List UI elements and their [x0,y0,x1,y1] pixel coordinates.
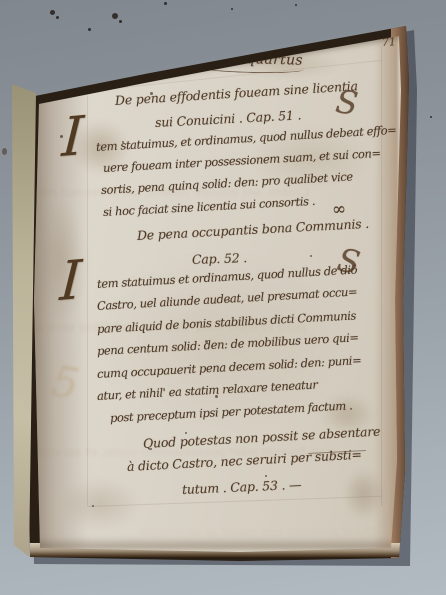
chapter51-initial: I [61,114,85,159]
manuscript-photo: Castro, uel aliunde audeat, uel presumat… [0,0,446,595]
chapter53-heading-line3: tutum . Cap. 53 . — [182,477,302,497]
frame-line-right [381,46,382,506]
ink-speck [231,8,233,10]
ink-speck [430,116,432,118]
manuscript-page: Castro, uel aliunde audeat, uel presumat… [0,0,446,595]
ink-speck [56,16,59,19]
ink-speck [50,10,55,15]
ink-speck [92,505,94,507]
ink-speck [119,20,122,23]
chapter52-heading-line2: Cap. 52 . [192,250,248,267]
ink-speck [265,475,267,477]
chapter52-initial: I [59,258,83,303]
chapter52-heading-line1: De pena occupantis bona Communis . [137,216,370,243]
chapter51-heading-line2: sui Conuicini . Cap. 51 . [155,107,302,130]
chapter51-heading-line1: De pena effodentis foueam sine licentia [115,78,359,108]
ink-speck [164,2,167,5]
chapter51-margin-flourish: S [333,82,360,123]
showthrough-text: Quod potestas non possit se absentare [140,525,375,539]
ink-speck [112,13,118,19]
stain [343,468,385,520]
ink-speck [2,148,7,155]
ink-speck [295,4,297,6]
ink-speck [88,28,91,31]
ink-speck [310,255,312,257]
